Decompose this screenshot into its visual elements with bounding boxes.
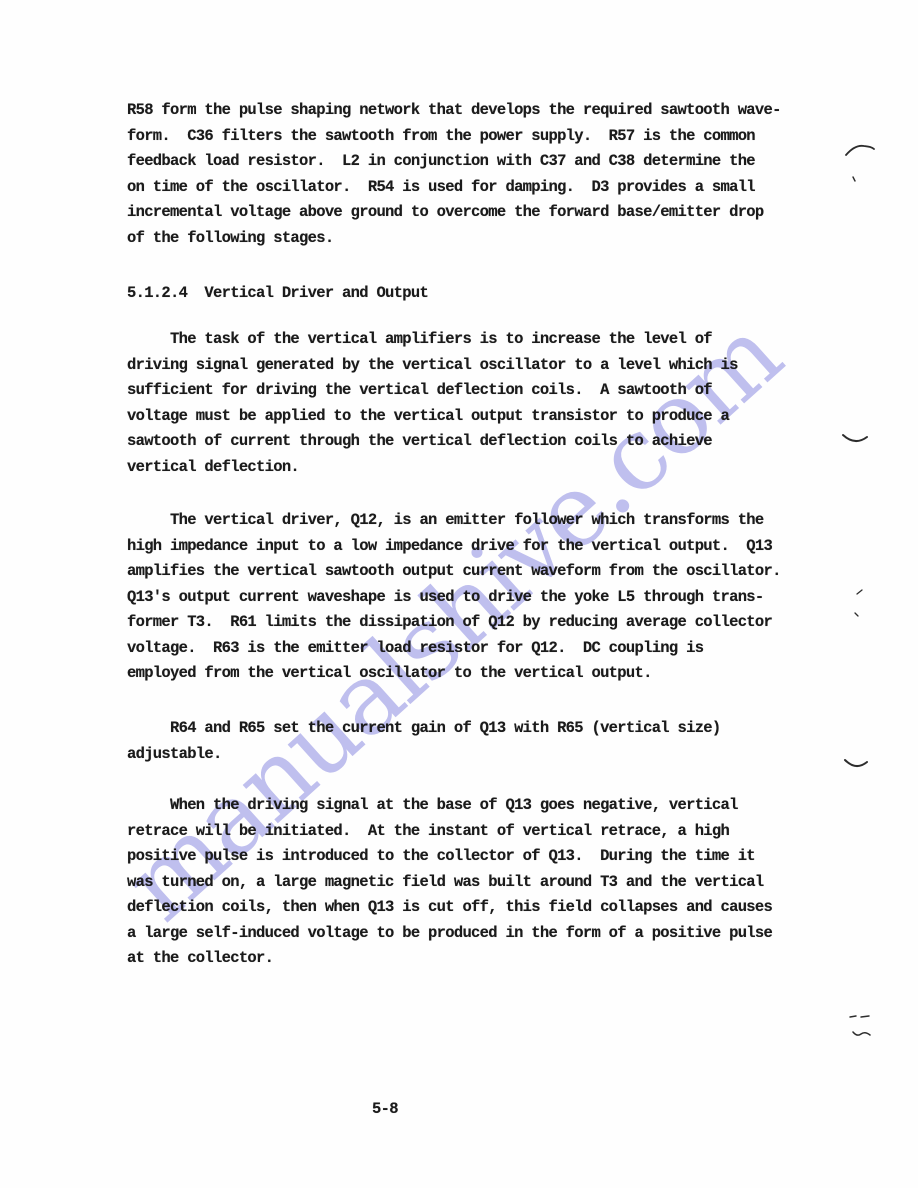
- paragraph-vertical-retrace: When the driving signal at the base of Q…: [127, 793, 772, 972]
- scan-artifact-curve: [843, 755, 869, 778]
- scan-artifact-tick: [853, 605, 860, 623]
- page-number: 5-8: [372, 1097, 398, 1123]
- paragraph-current-gain: R64 and R65 set the current gain of Q13 …: [127, 716, 721, 767]
- paragraph-oscillator-network: R58 form the pulse shaping network that …: [127, 98, 781, 251]
- document-page: manualshive.com R58 form the pulse shapi…: [0, 0, 918, 1188]
- scan-artifact-tick: [856, 583, 864, 601]
- scan-artifact-squiggle: [852, 1026, 872, 1044]
- paragraph-vertical-amplifiers-task: The task of the vertical amplifiers is t…: [127, 327, 738, 480]
- scan-artifact-tick: [851, 170, 857, 188]
- scan-artifact-flick: [845, 143, 875, 164]
- scan-artifact-dashes: [849, 1008, 871, 1026]
- scan-artifact-curve: [841, 430, 869, 453]
- page-content: R58 form the pulse shaping network that …: [0, 0, 918, 1188]
- section-heading: 5.1.2.4 Vertical Driver and Output: [127, 281, 428, 307]
- paragraph-vertical-driver: The vertical driver, Q12, is an emitter …: [127, 508, 781, 687]
